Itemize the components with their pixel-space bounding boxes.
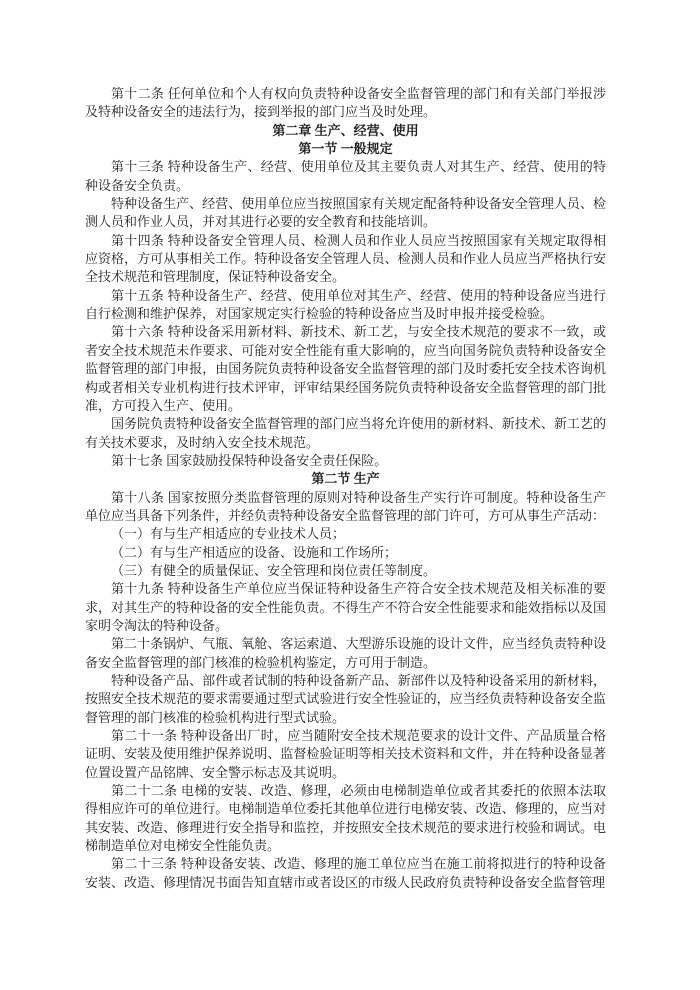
document-text-column: 第十二条 任何单位和个人有权向负责特种设备安全监督管理的部门和有关部门举报涉及特…	[85, 85, 606, 892]
article-23-paragraph: 第二十三条 特种设备安装、改造、修理的施工单位应当在施工前将拟进行的特种设备安装…	[85, 855, 606, 892]
article-16-paragraph: 第十六条 特种设备采用新材料、新技术、新工艺，与安全技术规范的要求不一致，或者安…	[85, 323, 606, 415]
article-20-paragraph-2: 特种设备产品、部件或者试制的特种设备新产品、新部件以及特种设备采用的新材料，按照…	[85, 672, 606, 727]
section-1-heading: 第一节 一般规定	[85, 140, 606, 158]
article-17-paragraph: 第十七条 国家鼓励投保特种设备安全责任保险。	[85, 452, 606, 470]
article-19-paragraph: 第十九条 特种设备生产单位应当保证特种设备生产符合安全技术规范及相关标准的要求，…	[85, 580, 606, 635]
article-13-paragraph-2: 特种设备生产、经营、使用单位应当按照国家有关规定配备特种设备安全管理人员、检测人…	[85, 195, 606, 232]
article-18-item-1: （一）有与生产相适应的专业技术人员；	[85, 525, 606, 543]
article-18-paragraph: 第十八条 国家按照分类监督管理的原则对特种设备生产实行许可制度。特种设备生产单位…	[85, 489, 606, 526]
article-13-paragraph: 第十三条 特种设备生产、经营、使用单位及其主要负责人对其生产、经营、使用的特种设…	[85, 158, 606, 195]
article-15-paragraph: 第十五条 特种设备生产、经营、使用单位对其生产、经营、使用的特种设备应当进行自行…	[85, 287, 606, 324]
article-14-paragraph: 第十四条 特种设备安全管理人员、检测人员和作业人员应当按照国家有关规定取得相应资…	[85, 232, 606, 287]
article-21-paragraph: 第二十一条 特种设备出厂时，应当随附安全技术规范要求的设计文件、产品质量合格证明…	[85, 727, 606, 782]
chapter-2-heading: 第二章 生产、经营、使用	[85, 122, 606, 140]
article-22-paragraph: 第二十二条 电梯的安装、改造、修理，必须由电梯制造单位或者其委托的依照本法取得相…	[85, 782, 606, 855]
article-20-paragraph: 第二十条锅炉、气瓶、氧舱、客运索道、大型游乐设施的设计文件，应当经负责特种设备安…	[85, 635, 606, 672]
article-18-item-2: （二）有与生产相适应的设备、设施和工作场所；	[85, 544, 606, 562]
section-2-heading: 第二节 生产	[85, 470, 606, 488]
article-12-paragraph: 第十二条 任何单位和个人有权向负责特种设备安全监督管理的部门和有关部门举报涉及特…	[85, 85, 606, 122]
article-18-item-3: （三）有健全的质量保证、安全管理和岗位责任等制度。	[85, 562, 606, 580]
article-16-paragraph-2: 国务院负责特种设备安全监督管理的部门应当将允许使用的新材料、新技术、新工艺的有关…	[85, 415, 606, 452]
document-page: 第十二条 任何单位和个人有权向负责特种设备安全监督管理的部门和有关部门举报涉及特…	[0, 0, 700, 990]
